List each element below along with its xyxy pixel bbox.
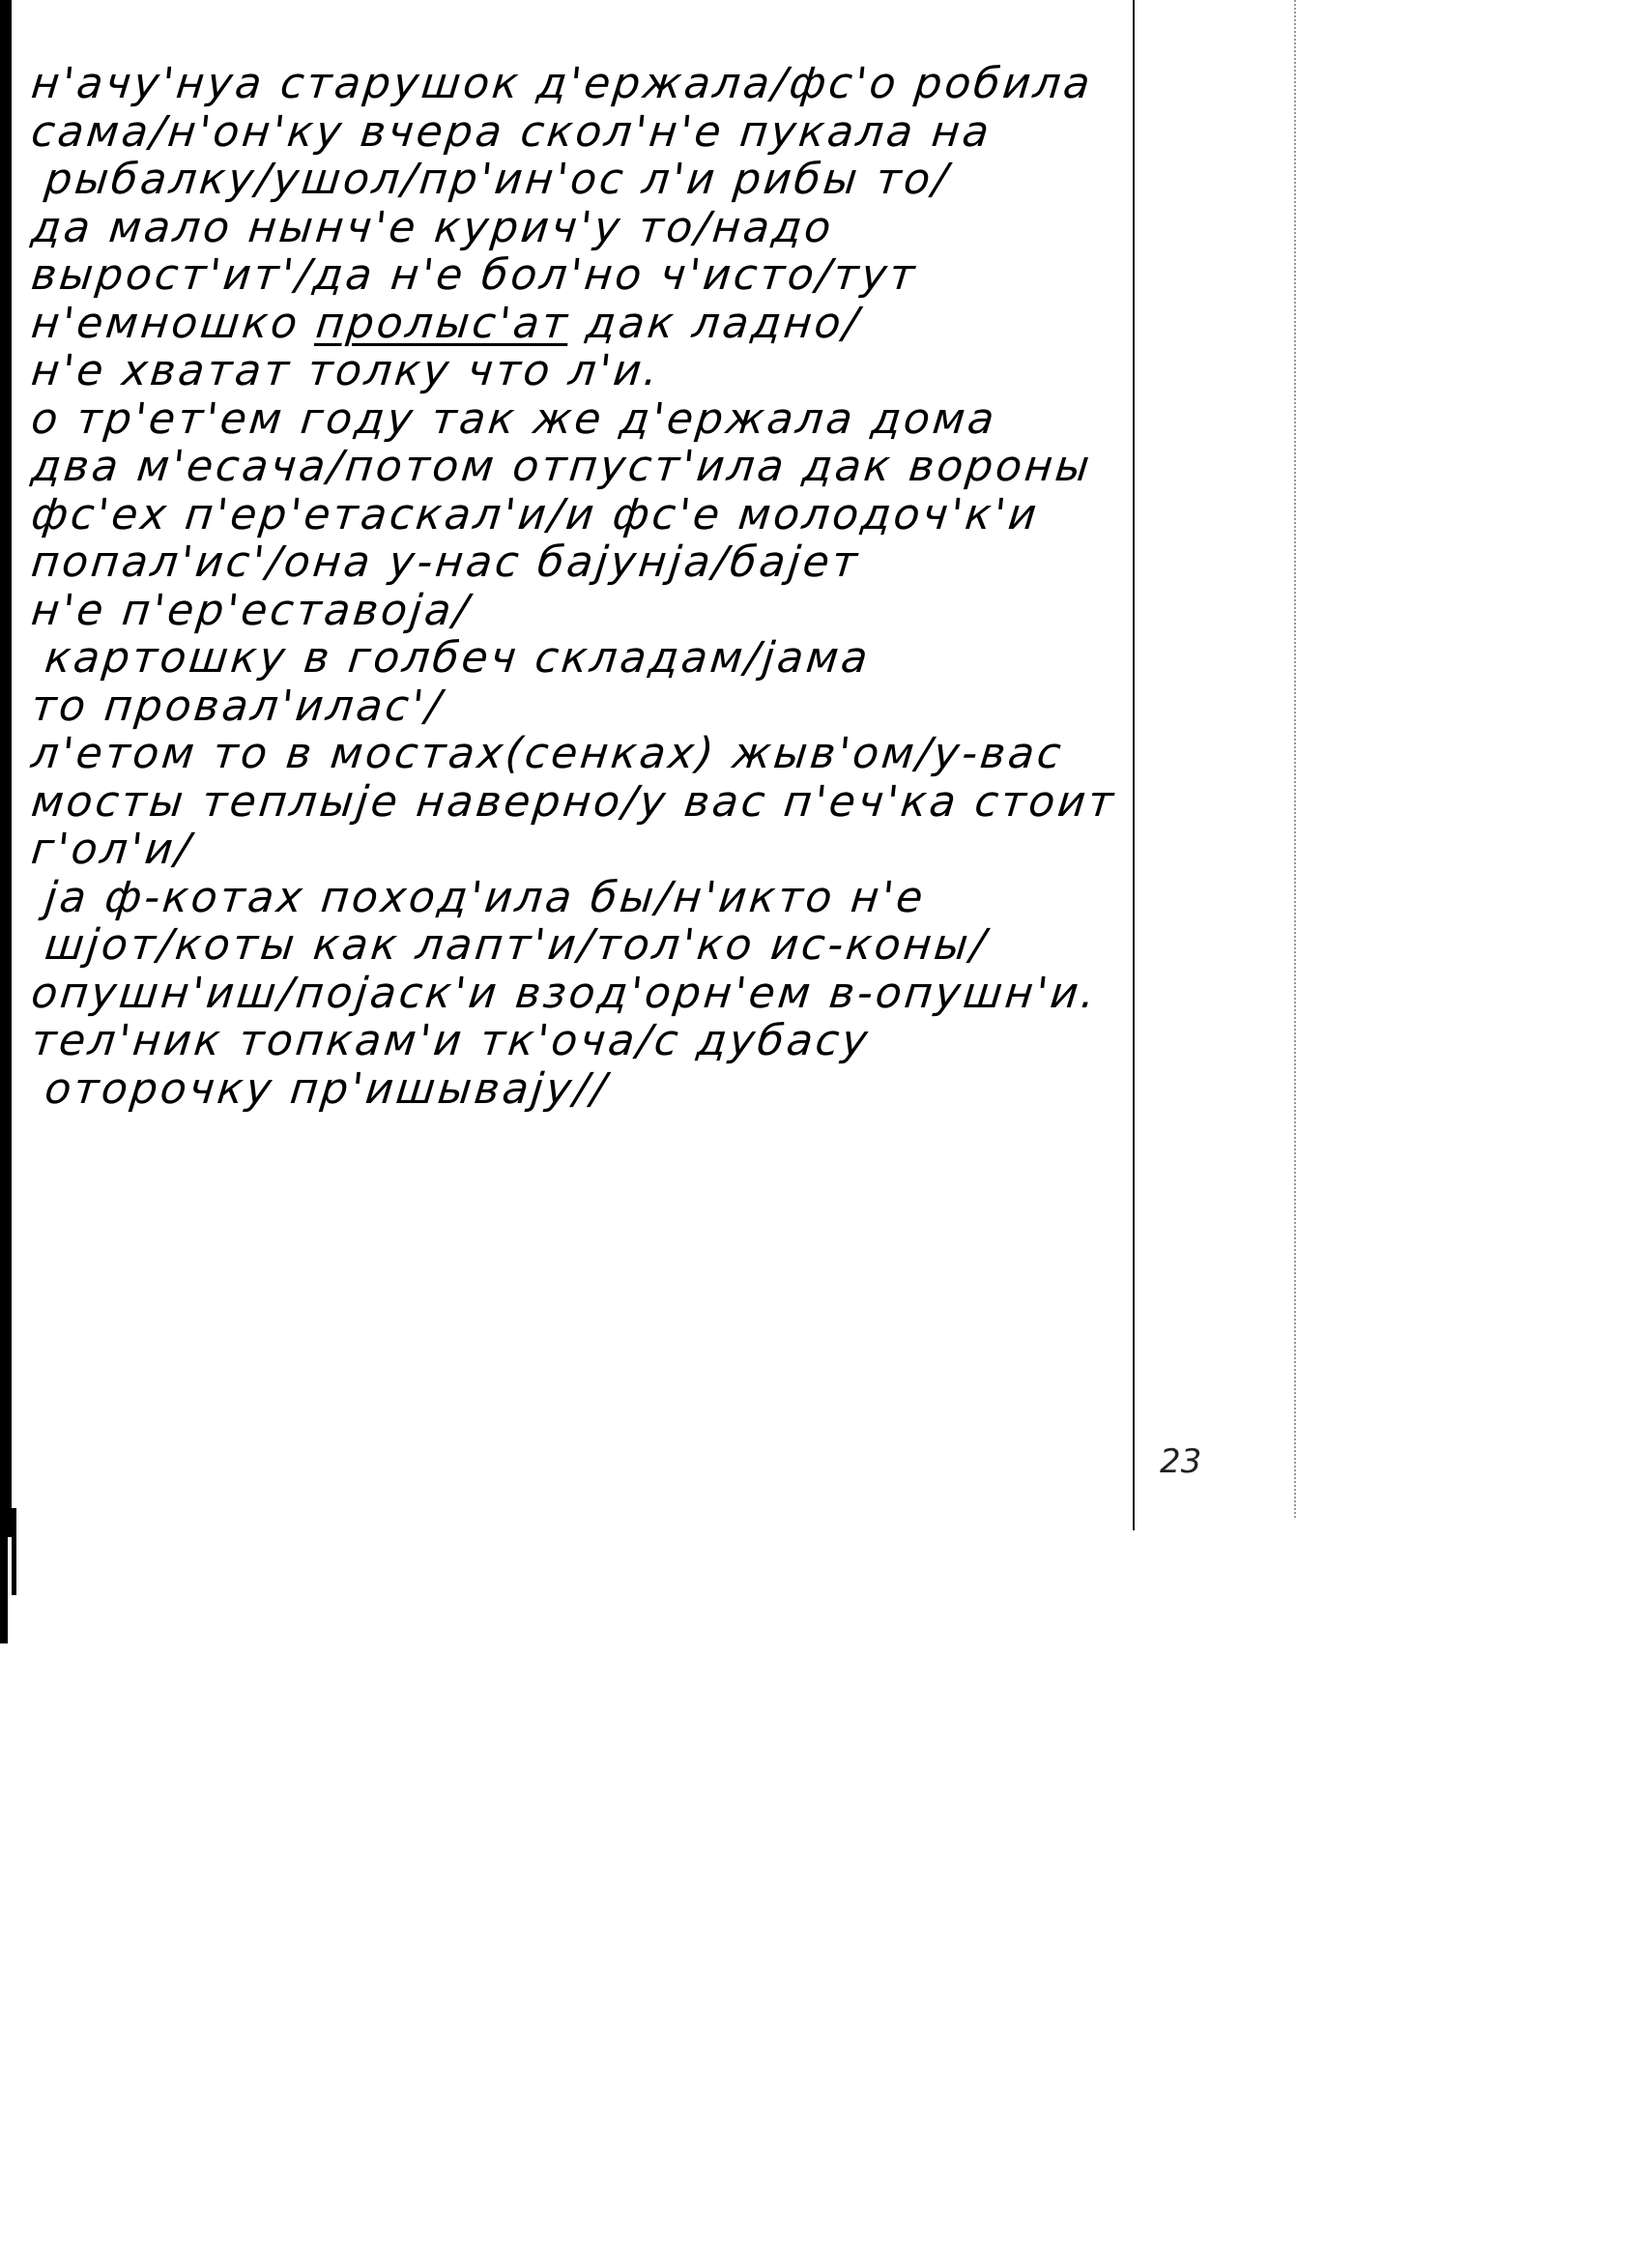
scan-left-edge [0, 0, 12, 1537]
underlined-word: пролыс'ат [314, 299, 573, 348]
text-line-6-head: н'емношко [29, 299, 303, 348]
text-line-6: н'емношко пролыс'ат дак ладно/ [29, 300, 1194, 348]
text-line-8: о тр'ет'ем году так же д'ержала дома [29, 395, 1194, 444]
text-line-7: н'е хватат толку что л'и. [29, 347, 1194, 395]
dotted-fold-line [1294, 0, 1296, 1518]
text-line-22: оторочку пр'ишывају// [29, 1065, 1194, 1114]
text-line-3: рыбалку/ушол/пр'ин'ос л'и рибы то/ [29, 156, 1194, 204]
text-line-17: г'ол'и/ [29, 826, 1194, 874]
text-line-11: попал'ис'/она у-нас бајунја/бајет [29, 538, 1194, 587]
text-line-13: картошку в голбеч складам/јама [29, 634, 1194, 683]
text-line-5: вырост'ит'/да н'е бол'но ч'исто/тут [29, 251, 1194, 300]
manuscript-page: н'ачу'нуа старушок д'ержала/фс'о робила … [0, 0, 1643, 2268]
text-line-2: сама/н'он'ку вчера скол'н'е пукала на [29, 108, 1194, 157]
text-line-12: н'е п'ер'еставоја/ [29, 587, 1194, 635]
scan-left-edge-lower [0, 1537, 8, 1643]
text-line-1: н'ачу'нуа старушок д'ержала/фс'о робила [29, 60, 1194, 108]
page-number: 23 [1160, 1442, 1201, 1481]
text-line-4: да мало нынч'е курич'у то/надо [29, 204, 1194, 252]
handwritten-text-block: н'ачу'нуа старушок д'ержала/фс'о робила … [29, 60, 1189, 1113]
text-line-6-tail: дак ладно/ [584, 299, 863, 348]
text-line-14: то провал'илас'/ [29, 683, 1194, 731]
text-line-21: тел'ник топкам'и тк'оча/с дубасу [29, 1017, 1194, 1065]
text-line-19: шјот/коты как лапт'и/тол'ко ис-коны/ [29, 921, 1194, 970]
text-line-9: два м'есача/потом отпуст'ила дак вороны [29, 443, 1194, 491]
text-line-10: фс'ех п'ер'етаскал'и/и фс'е молодоч'к'и [29, 491, 1194, 539]
text-line-20: опушн'иш/појаск'и взод'орн'ем в-опушн'и. [29, 970, 1194, 1018]
text-line-18: ја ф-котах поход'ила бы/н'икто н'е [29, 874, 1194, 922]
text-line-15: л'етом то в мостах(сенках) жыв'ом/у-вас [29, 730, 1194, 778]
scan-left-edge-mark [12, 1508, 16, 1595]
text-line-16: мосты теплыје наверно/у вас п'еч'ка стои… [29, 778, 1194, 827]
